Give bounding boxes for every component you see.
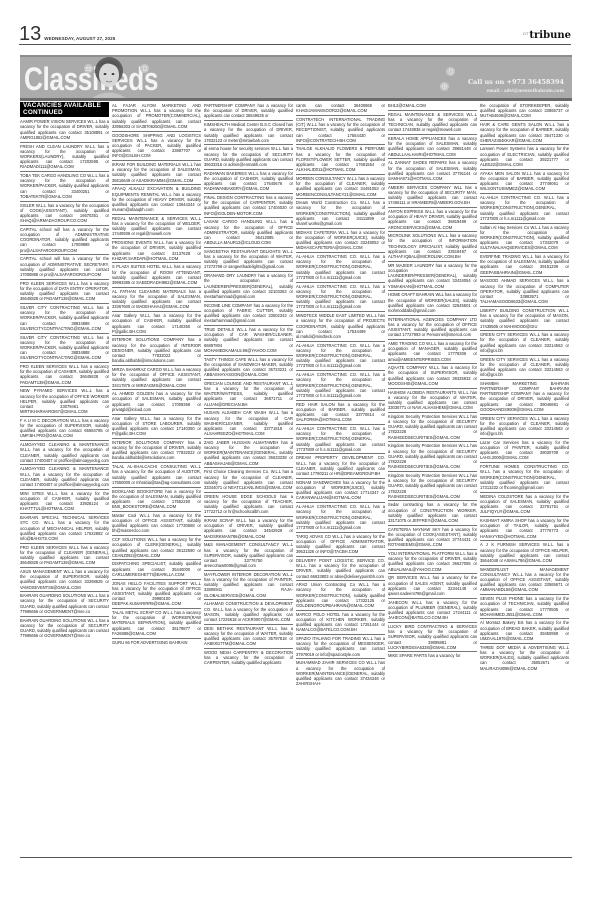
classified-ad: AL FAJAR ALYOM MARKETING AND PROMOTION W…: [112, 102, 201, 132]
classified-ad: MINI SITES W.L.L has a vacancy for the o…: [20, 490, 109, 514]
classified-ad: JAHECON W.L.L has a vacancy for the occu…: [388, 599, 477, 623]
column-3: PARTNERSHIP COMPANY has a vacancy for th…: [204, 102, 293, 688]
page-number: 13: [19, 25, 41, 43]
classified-ad: REGAL MAINTENANCE & SERVICES W.L.L has a…: [112, 215, 201, 239]
classified-ad: IKRAM SCRAP W.L.L has a vacancy for the …: [204, 517, 293, 541]
classified-ad: AL-AHLIA CONTRACTING CO. W.L.L has a vac…: [296, 371, 385, 401]
classified-ad: cants can contact 36400869 or KHADIJAMAM…: [296, 102, 385, 116]
globe-icon: [440, 82, 449, 91]
classified-ad: Lazar Car Services has a vacancy for the…: [480, 439, 569, 463]
classified-ad: Kingdom Security Protection Services W.L…: [388, 442, 477, 472]
classified-ad: AYAKA MEN SALON W.L.L has a vacancy for …: [480, 170, 569, 194]
support-agent-illustration: [90, 57, 128, 98]
classified-ad: GREEN CITY SERVICES W.L.L has a vacancy …: [480, 356, 569, 380]
classified-ad: AL FATHAN CLEANING MATERIALS has a vacan…: [112, 288, 201, 312]
page-header: 13 WEDNESDAY, AUGUST 27, 2025 DTtribune: [19, 24, 571, 45]
classified-ad: ORANAND DRY LAUNDRY has a vacancy for th…: [204, 272, 293, 302]
classified-ad: MIDHAS CAFETERIA W.L.L has a vacancy for…: [296, 229, 385, 253]
phone-icon: [446, 67, 455, 76]
classified-ad: HOME CRAFT BAHRAIN WLL has a vacancy for…: [388, 291, 477, 315]
classified-ad: BAHRAIN GUARDING SOLUTIONS W.L.L has a v…: [20, 592, 109, 616]
classified-ad: Al Momtaz Bakery Est has a vacancy for t…: [480, 619, 569, 643]
classified-ad: ALMOAYYED CLEANING & MAINTENANCE W.L.L h…: [20, 441, 109, 465]
classified-ad: GREEN CITY SERVICES W.L.L has a vacancy …: [480, 415, 569, 439]
banner-bottom-rule: [20, 98, 572, 101]
classified-ad: AL-AHLIA CONTRACTING CO. W.L.L has a vac…: [480, 194, 569, 224]
classified-ad: PARTNERSHIP COMPANY has a vacancy for th…: [204, 102, 293, 121]
classified-ad: AL ZANNAT SHOES REPAIRS has a vacancy fo…: [388, 159, 477, 183]
ad-list: the occupation of STOREKEEPER, suitably …: [480, 102, 569, 672]
classified-ad: WOOD NESH CARPENTRY & DECORATION has a v…: [204, 649, 293, 667]
classified-ad: MASOOD AHMAD SERVICES W.L.L has a vacanc…: [480, 277, 569, 307]
classified-ad: PRO KLEEN SERVICES W.L.L has a vacancy f…: [20, 363, 109, 387]
classified-ad: Anar Gallery W.L.L has a vacancy for the…: [112, 312, 201, 336]
classified-ad: WANDERLUST MANAGEMENT CONSULTANCY W.L.L …: [480, 566, 569, 596]
classified-ad: THALGE ALKHALID FLOWERS & PERFUME has a …: [296, 145, 385, 175]
classified-ad: FORTUNE HOMES CONSTRUCTING CO. W.L.L has…: [480, 463, 569, 493]
classified-ad: TASTY THINGS CAFE W.L.L has a vacancy fo…: [204, 356, 293, 380]
classified-ad: SILVER CITY CONTRACTING W.L.L has a vaca…: [20, 304, 109, 334]
ad-list: AL FAJAR ALYOM MARKETING AND PROMOTION W…: [112, 102, 201, 646]
classified-ad: MEDINA COLDSTORE has a vacancy for the o…: [480, 493, 569, 517]
classified-ad: ANYON EXPRESS W.L.L has a vacancy for th…: [388, 208, 477, 232]
classified-ad: LASANI CARGO HANDLING W.L.L has a vacanc…: [204, 218, 293, 248]
classified-ad: AL AHMED GOLDEN has a vacancy for the oc…: [112, 390, 201, 414]
classified-ad: CAPITAL school will has a vacancy for th…: [20, 226, 109, 256]
classified-ad: BH12@GMAIL.COM: [388, 102, 477, 111]
classified-ad: TARIQ ADVAS CO W.L.L has a vacancy for t…: [296, 533, 385, 557]
classified-ad: GOODSHORE SHIPPING AND LOGISTICS SERVICE…: [112, 132, 201, 162]
classified-ad: INCOME LINE COMPANY has a vacancy for th…: [204, 302, 293, 326]
column-6: the occupation of STOREKEEPER, suitably …: [480, 102, 569, 688]
classified-ad: AL-AHLIA CONTRACTING CO. W.L.L has a vac…: [296, 342, 385, 372]
classified-ad: SHAMBHI MARKETING BAHRAIN PARTNERSHIP CO…: [480, 380, 569, 415]
ad-list: BH12@GMAIL.COMREGAL MAINTENANCE & SERVIC…: [388, 102, 477, 660]
classified-ad: BAHRAIN SPECIAL TECHNICAL SERVICES STC C…: [20, 514, 109, 544]
classified-ad: Kingdom Security Protection Services W.L…: [388, 472, 477, 502]
classified-ad: Master Cool W.L.L has a vacancy for the …: [112, 512, 201, 536]
footer-rule: [20, 857, 572, 858]
classified-ad: INTERIOR SOLUTIONS COMPANY has a vacancy…: [112, 336, 201, 366]
classified-ad: ASUS MANAGEMENT W.L.L has a vacancy for …: [20, 568, 109, 592]
classified-ad: ALHAMAD CONSTRUCTION & DEVLOPMENT CO. W.…: [204, 600, 293, 624]
classified-ad: TOBA TEK CARGO HANDLING CO W.L.L has a v…: [20, 172, 109, 202]
classified-ad: Sedar contracting has a vacancy for the …: [388, 501, 477, 525]
page-header-left: 13 WEDNESDAY, AUGUST 27, 2025: [19, 25, 115, 43]
classified-ad: KASHMAT AMIRA SHOP has a vacancy for the…: [480, 517, 569, 541]
classified-ad: MR MAJEER LAUNDRY has a vacancy for the …: [388, 262, 477, 292]
classified-ad: M&S MANAGEMENT CONSULTANCY W.L.L has a v…: [204, 541, 293, 571]
classified-ad: GRECIAN LOUNGE AND RESTAURANT W.L.L has …: [204, 380, 293, 410]
classified-ad: SEVEN PLUS PHONE has a vacancy for the o…: [480, 595, 569, 619]
classified-ad: SILVER CITY CONTRACTING W.L.L has a vaca…: [20, 334, 109, 364]
brand-logo: DTtribune: [523, 25, 571, 43]
classified-ad: NEW PYRAMID SERVICES W.L.L has a vacancy…: [20, 387, 109, 417]
classified-ad: EVERFINE TRADING W.L.L has a vacancy for…: [480, 253, 569, 277]
classified-ad: MAYFLOWER INTERIOR DECORATION W.L.L has …: [204, 571, 293, 601]
call-us-phone[interactable]: Call us on +973 36458394: [468, 78, 564, 86]
classified-ad: AMEERI SERVICES COMPANY WLL has a vacanc…: [388, 184, 477, 208]
classified-ad: TALAL AL-SHALCACHI CONSULTING W.L.L has …: [112, 463, 201, 487]
brand-name: tribune: [529, 30, 571, 41]
classified-ad: DELIVERY POINT LOGISTIC SERVICE CO. W.L.…: [296, 557, 385, 581]
classified-ad: the occupation of STOREKEEPER, suitably …: [480, 102, 569, 121]
brand-prefix: DT: [523, 31, 528, 36]
classified-ad: MICROLINK SOLUTIONS W.L.L has a vacancy …: [388, 232, 477, 262]
classified-ad: RED HAIR SALON has a vacancy for the occ…: [296, 401, 385, 425]
classified-ad: MIRZA SHAMRAZ CARGO W.L.L has a vacancy …: [112, 366, 201, 390]
ad-list: AAMIR POWER VISION SERVICES W.L.L has a …: [20, 118, 109, 640]
classified-ad: AL-AHLIA CONTRACTING CO. W.L.L has a vac…: [296, 425, 385, 455]
classified-ad: S PLAZA SUITES HOTEL W.L.L has a vacancy…: [112, 263, 201, 287]
classified-ad: CAFETERIA NAYNAW SKY has a vacancy for t…: [388, 526, 477, 550]
classified-ad: Anar Gallery W.L.L has a vacancy for the…: [112, 415, 201, 439]
ad-list: PARTNERSHIP COMPANY has a vacancy for th…: [204, 102, 293, 667]
classified-ad: AAMIR POWER VISION SERVICES W.L.L has a …: [20, 118, 109, 142]
classified-ad: AL-AHLIA CONTRACTING CO. W.L.L has a vac…: [296, 283, 385, 313]
classified-ad: LIBERTY BUILDING CONSTRUCTION W.L.L has …: [480, 307, 569, 331]
classifieds-banner: Classifieds Call us on +973 36458394 ema…: [20, 55, 572, 101]
classified-ad: A J K FURNISH SERVICES W.L.L has a vacan…: [480, 541, 569, 565]
classified-ad: GREEN HOUSE EDGE SCHOOLS has a vacancy f…: [204, 493, 293, 517]
classified-ad: ZAID JABER HUSSAIN ALMATAWEH has a vacan…: [204, 439, 293, 469]
classified-ad: RADHWAN BAKERIES W.L.L has a vacancy for…: [204, 170, 293, 194]
classified-ad: MUHAMMAD ZAHIR SERVICES CO W.L.L has a v…: [296, 659, 385, 688]
classified-ad: AQAATE COMPANY W.L.L has a vacancy for t…: [388, 364, 477, 388]
classified-ad: GURU 66 FOR ADVERTISING BAHRAIN: [112, 639, 201, 647]
classified-ad: PROSIONS EVENTS W.L.L has a vacancy for …: [112, 239, 201, 263]
classified-ad: AMIE TRADING CO W.L.L has a vacancy for …: [388, 340, 477, 364]
ad-list: cants can contact 36400869 or KHADIJAMAM…: [296, 102, 385, 688]
column-5: BH12@GMAIL.COMREGAL MAINTENANCE & SERVIC…: [388, 102, 477, 688]
classified-ad: AFAAQ ALKALIJ EXCAVATION & BUILDING EQUI…: [112, 185, 201, 215]
classified-ad: TALAL METAL SCRAP CO W.L.L has a vacancy…: [112, 609, 201, 639]
classified-ad: MINDTECK MIDDLE EAST LIMITED W.L.L has a…: [296, 312, 385, 342]
classified-ad: KERALA HOME APPLIANCES has a vacancy for…: [388, 135, 477, 159]
classified-ad: QR SERVICES W.L.L has a vacancy for the …: [388, 574, 477, 598]
classified-ad: DESI BETHAK RESTAURANT W.L.L has a vacan…: [204, 625, 293, 649]
classified-ad: SISLER W.L.L has a vacancy for the occup…: [20, 202, 109, 226]
classified-ad: SANGEETHA RESTAURANT DELIGHTS W.L.L has …: [204, 248, 293, 272]
classified-ad: AL-AHLIA CONTRACTING CO. W.L.L has a vac…: [296, 503, 385, 533]
classified-ad: Lamsen Power Systems has a vacancy for t…: [480, 145, 569, 169]
classified-ad: HAIR & CARE GENTS SALON W.L.L has a vaca…: [480, 121, 569, 145]
classified-ad: REGAL MAINTENANCE & SERVICES W.L.L has a…: [388, 111, 477, 135]
classified-ad: Kingdom Security Protection Services W.L…: [388, 413, 477, 443]
classified-ad: TRUE DETAILS W.L.L has a vacancy for the…: [204, 326, 293, 356]
classified-ad: HUSAIN ALSABEH CAR WASH W.L.L has a vaca…: [204, 409, 293, 439]
classified-ad: FRESH AND CLEAN LAUNDRY W.L.L has a vaca…: [20, 143, 109, 173]
classified-ad: NONAM SANDWICHES has a vacancy for the o…: [296, 479, 385, 503]
classified-ad: ARAD Union Contracting Co W.L.L has a va…: [296, 581, 385, 611]
classified-ad: DISPATCHING SPECIALIST, suitably qualifi…: [112, 560, 201, 579]
tablet-icon: [140, 64, 149, 73]
classified-ad: First Choice Cleaning Services Co. W.L.L…: [204, 468, 293, 492]
classified-ad: Dream World Construction Co. W.L.L has a…: [296, 199, 385, 229]
classified-ad: SPAZIO ITALIANO FOR TRADING W.L.L has a …: [296, 635, 385, 659]
classified-ad: PRO KLEEN SERVICES W.L.L has a vacancy f…: [20, 544, 109, 568]
classified-ad: ALMOAYYED CLEANING & MAINTENANCE W.L.L h…: [20, 465, 109, 489]
classified-ad: CCF SOLUTIONS W.L.L has a vacancy for th…: [112, 536, 201, 560]
publication-date: WEDNESDAY, AUGUST 27, 2025: [44, 36, 115, 41]
classified-ad: HASHEM ALOBIDA RESTAURANTS W.L.L has a v…: [388, 389, 477, 413]
classified-ad: YOU INTERNATIONAL PLATFORM W.L.L has a v…: [388, 550, 477, 574]
classified-ad: INTERNATIONAL AGENCIES COMPANY LTD has a…: [388, 316, 477, 340]
classified-ad: FINAL DESIGN CONTRACTING has a vacancy f…: [204, 194, 293, 218]
classified-ad: IKRAM FOR BUILDING MATERIALS W.L.L has a…: [112, 161, 201, 185]
classified-ad: DREAM PROPERTY DEVELOPMENT CO. W.L.L has…: [296, 454, 385, 478]
classified-ad: KIMSHEALTH Medical Center B.S.C Closed h…: [204, 121, 293, 145]
classified-ad: THREE DOT MEDIA & ADVERTISING W.L.L has …: [480, 644, 569, 673]
classified-ad: BOOKLAND BOOKSTORE has a vacancy for the…: [112, 488, 201, 512]
column-2: AL FAJAR ALYOM MARKETING AND PROMOTION W…: [112, 102, 201, 688]
classified-ad: CAPITAL school will has a vacancy for th…: [20, 255, 109, 279]
classified-ad: F A U M C DECORATION W.L.L has a vacancy…: [20, 417, 109, 441]
classified-ad: INTERIOR SOLUTIONS COMPANY has a vacancy…: [112, 439, 201, 463]
classified-ad: MOREEN CONSULTANCY W.L.L has a vacancy f…: [296, 175, 385, 199]
classified-ad: PRO KLEEN SERVICES W.L.L has a vacancy f…: [20, 280, 109, 304]
column-4: cants can contact 36400869 or KHADIJAMAM…: [296, 102, 385, 688]
classified-ad: AL-AHLIA CONTRACTING CO. W.L.L has a vac…: [296, 253, 385, 283]
classified-ad: LUCKY BIRD CONTRACTING & SERVICES has a …: [388, 623, 477, 653]
column-1: VACANCIES AVAILABLE CONTINUED AAMIR POWE…: [20, 102, 109, 688]
classified-ad: JONAS HELLO FACILITIES SUPPORT W.L.L has…: [112, 580, 201, 610]
classified-ad: MARCO POLO HOTEL has a vacancy for the o…: [296, 611, 385, 635]
classified-ad: MIKE SPARE PARTS has a vacancy for: [388, 652, 477, 660]
classified-ad: Sultan Al Haq Services Co W.L.L has a va…: [480, 224, 569, 254]
classified-ad: CONTRATECH INTERNATIONAL TRADING (CIT) W…: [296, 116, 385, 146]
classified-ad: al enma house for security services W.L.…: [204, 145, 293, 169]
classified-ad: GREEN CITY SERVICES W.L.L has a vacancy …: [480, 331, 569, 355]
advert-email[interactable]: email : advt@newsofbahrain.com: [487, 88, 564, 93]
classified-ad: BAHRAIN GUARDING SOLUTIONS W.L.L has a v…: [20, 617, 109, 640]
classified-columns: VACANCIES AVAILABLE CONTINUED AAMIR POWE…: [20, 102, 572, 688]
section-heading: VACANCIES AVAILABLE CONTINUED: [20, 102, 109, 117]
